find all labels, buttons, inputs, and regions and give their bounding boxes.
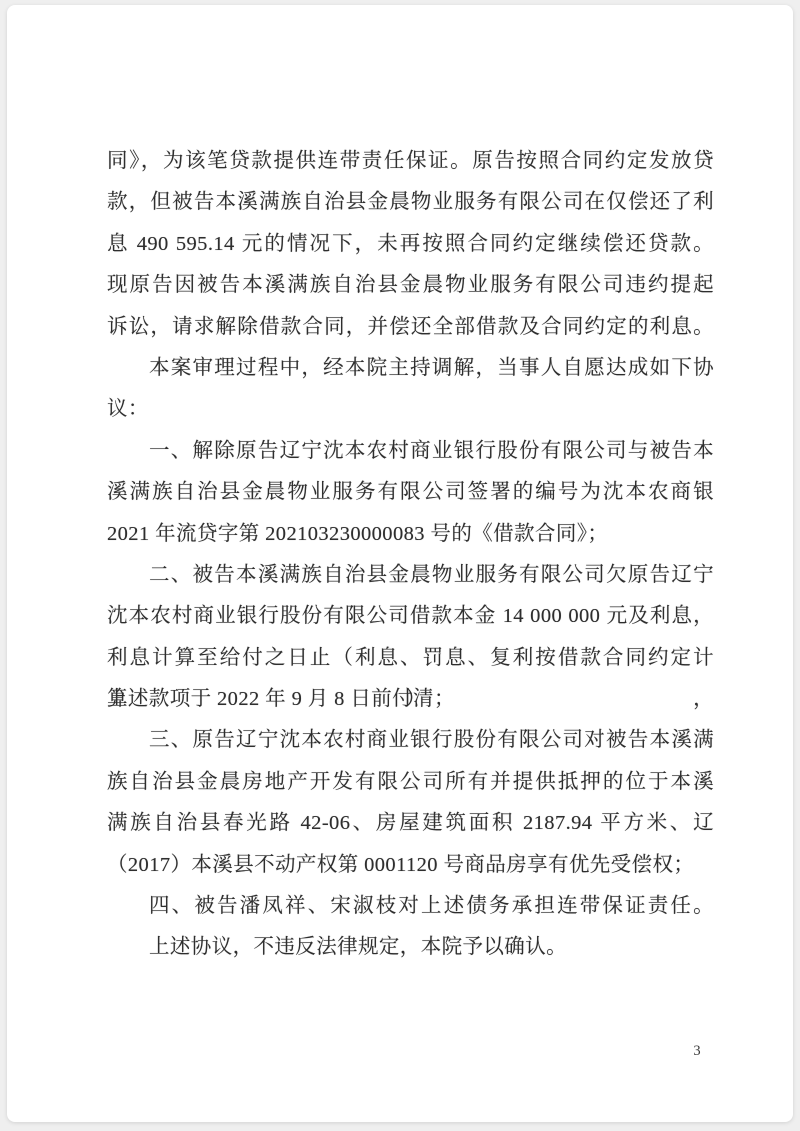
text-line: 满族自治县春光路 42-06、房屋建筑面积 2187.94 平方米、辽 (107, 803, 714, 844)
text-line: 款，但被告本溪满族自治县金晨物业服务有限公司在仅偿还了利 (107, 182, 714, 223)
text-line: 本案审理过程中，经本院主持调解，当事人自愿达成如下协 (107, 348, 714, 389)
text-line: 溪满族自治县金晨物业服务有限公司签署的编号为沈本农商银 (107, 472, 714, 513)
text-line: 二、被告本溪满族自治县金晨物业服务有限公司欠原告辽宁 (107, 555, 714, 596)
text-line: 同》，为该笔贷款提供连带责任保证。原告按照合同约定发放贷 (107, 141, 714, 182)
text-line: 三、原告辽宁沈本农村商业银行股份有限公司对被告本溪满 (107, 720, 714, 761)
text-line: 族自治县金晨房地产开发有限公司所有并提供抵押的位于本溪 (107, 762, 714, 803)
document-body-text: 同》，为该笔贷款提供连带责任保证。原告按照合同约定发放贷 款，但被告本溪满族自治… (107, 141, 714, 969)
text-line: 四、被告潘凤祥、宋淑枝对上述债务承担连带保证责任。 (107, 886, 714, 927)
text-line: 沈本农村商业银行股份有限公司借款本金 14 000 000 元及利息， (107, 596, 714, 637)
text-line: 上述协议，不违反法律规定，本院予以确认。 (107, 927, 714, 968)
text-line: 议： (107, 389, 714, 430)
text-line: 利息计算至给付之日止（利息、罚息、复利按借款合同约定计算）， (107, 638, 714, 679)
text-line: 息 490 595.14 元的情况下，未再按照合同约定继续偿还贷款。 (107, 224, 714, 265)
text-line: 现原告因被告本溪满族自治县金晨物业服务有限公司违约提起 (107, 265, 714, 306)
document-page: 同》，为该笔贷款提供连带责任保证。原告按照合同约定发放贷 款，但被告本溪满族自治… (7, 5, 793, 1122)
text-line: （2017）本溪县不动产权第 0001120 号商品房享有优先受偿权； (107, 845, 714, 886)
text-line: 诉讼，请求解除借款合同，并偿还全部借款及合同约定的利息。 (107, 307, 714, 348)
text-line: 一、解除原告辽宁沈本农村商业银行股份有限公司与被告本 (107, 431, 714, 472)
text-line: 2021 年流贷字第 202103230000083 号的《借款合同》； (107, 514, 714, 555)
page-number: 3 (686, 1043, 708, 1060)
